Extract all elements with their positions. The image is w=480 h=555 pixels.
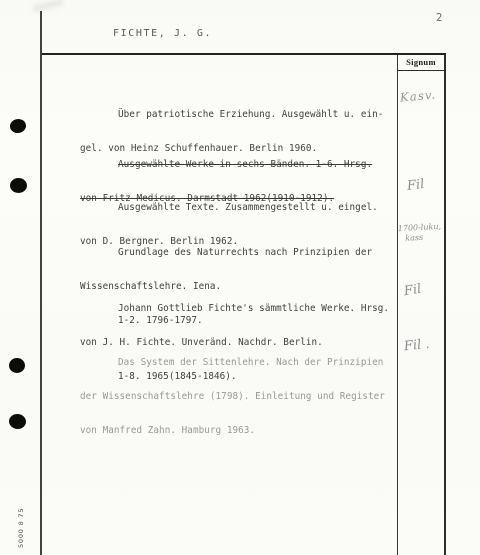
entry-text-line: von Manfred Zahn. Hamburg 1963.: [80, 425, 396, 436]
entry-text-line: Ausgewählte Werke in sechs Bänden. 1-6. …: [80, 159, 396, 170]
print-run-code: 5000 8 75: [17, 508, 25, 548]
signum-handwriting: Fil .: [403, 337, 430, 355]
signum-column-left-border: [397, 55, 398, 555]
page-title: FICHTE, J. G.: [113, 28, 212, 39]
entry-text-line: Ausgewählte Texte. Zusammengestellt u. e…: [80, 202, 396, 213]
entry-text-line: der Wissenschaftslehre (1798). Einleitun…: [80, 391, 396, 402]
signum-handwriting-line: kass: [398, 231, 442, 243]
signum-column-right-border: [444, 54, 446, 555]
table-left-border: [40, 11, 42, 555]
signum-header-underline: [397, 70, 446, 71]
signum-handwriting: Kasv.: [399, 87, 436, 104]
punch-hole: [9, 118, 27, 134]
scan-smudge-artifact: [33, 0, 64, 13]
punch-hole: [9, 358, 25, 373]
entry-text-line: Über patriotische Erziehung. Ausgewählt …: [80, 109, 396, 120]
signum-column-header: Signum: [397, 57, 445, 67]
page-number: 2: [436, 12, 443, 24]
table-top-border: [40, 53, 446, 55]
punch-hole: [10, 178, 27, 193]
entry-text-line: Johann Gottlieb Fichte's sämmtliche Werk…: [80, 303, 396, 314]
signum-handwriting: 1700-luku, kass: [398, 222, 442, 243]
entry-text-line: Das System der Sittenlehre. Nach der Pri…: [80, 357, 396, 368]
catalog-card-page: 2 FICHTE, J. G. Signum Über patriotische…: [0, 0, 480, 555]
signum-handwriting: Fil: [406, 177, 425, 194]
catalog-entry-faded: Das System der Sittenlehre. Nach der Pri…: [80, 335, 396, 458]
signum-handwriting: Fil: [403, 282, 422, 300]
punch-hole: [8, 413, 26, 430]
entry-text-line: Grundlage des Naturrechts nach Prinzipie…: [80, 247, 396, 258]
